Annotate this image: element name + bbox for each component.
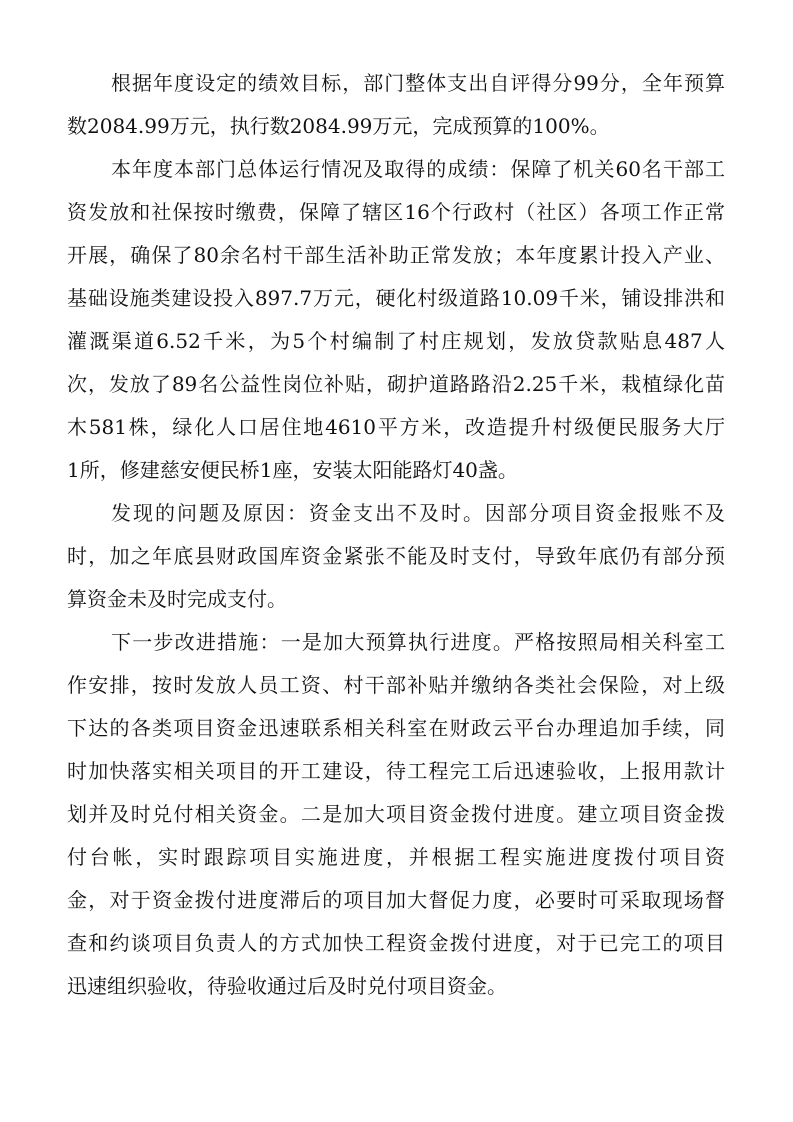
paragraph-performance-summary: 根据年度设定的绩效目标，部门整体支出自评得分99分，全年预算 数2084.99万… — [67, 62, 725, 148]
text-line: 基础设施类建设投入897.7万元，硬化村级道路10.09千米，铺设排洪和 — [67, 277, 725, 320]
text-line: 发现的问题及原因：资金支出不及时。因部分项目资金报账不及 — [67, 492, 725, 535]
text-line: 灌溉渠道6.52千米，为5个村编制了村庄规划，发放贷款贴息487人 — [67, 320, 725, 363]
paragraph-operations-achievements: 本年度本部门总体运行情况及取得的成绩：保障了机关60名干部工 资发放和社保按时缴… — [67, 148, 725, 492]
text-line: 资发放和社保按时缴费，保障了辖区16个行政村（社区）各项工作正常 — [67, 191, 725, 234]
text-line: 划并及时兑付相关资金。二是加大项目资金拨付进度。建立项目资金拨 — [67, 793, 725, 836]
text-line: 金，对于资金拨付进度滞后的项目加大督促力度，必要时可采取现场督 — [67, 879, 725, 922]
text-line: 算资金未及时完成支付。 — [67, 578, 725, 621]
text-line: 下一步改进措施：一是加大预算执行进度。严格按照局相关科室工 — [67, 621, 725, 664]
text-line: 根据年度设定的绩效目标，部门整体支出自评得分99分，全年预算 — [67, 62, 725, 105]
text-line: 付台帐，实时跟踪项目实施进度，并根据工程实施进度拨付项目资 — [67, 836, 725, 879]
text-line: 迅速组织验收，待验收通过后及时兑付项目资金。 — [67, 965, 725, 1008]
text-line: 数2084.99万元，执行数2084.99万元，完成预算的100%。 — [67, 105, 725, 148]
text-line: 1所，修建慈安便民桥1座，安装太阳能路灯40盏。 — [67, 449, 725, 492]
text-line: 木581株，绿化人口居住地4610平方米，改造提升村级便民服务大厅 — [67, 406, 725, 449]
text-line: 本年度本部门总体运行情况及取得的成绩：保障了机关60名干部工 — [67, 148, 725, 191]
document-page: 根据年度设定的绩效目标，部门整体支出自评得分99分，全年预算 数2084.99万… — [67, 62, 725, 1008]
paragraph-problems-causes: 发现的问题及原因：资金支出不及时。因部分项目资金报账不及 时，加之年底县财政国库… — [67, 492, 725, 621]
text-line: 时加快落实相关项目的开工建设，待工程完工后迅速验收，上报用款计 — [67, 750, 725, 793]
text-line: 次，发放了89名公益性岗位补贴，砌护道路路沿2.25千米，栽植绿化苗 — [67, 363, 725, 406]
text-line: 下达的各类项目资金迅速联系相关科室在财政云平台办理追加手续，同 — [67, 707, 725, 750]
text-line: 查和约谈项目负责人的方式加快工程资金拨付进度，对于已完工的项目 — [67, 922, 725, 965]
text-line: 开展，确保了80余名村干部生活补助正常发放；本年度累计投入产业、 — [67, 234, 725, 277]
text-line: 时，加之年底县财政国库资金紧张不能及时支付，导致年底仍有部分预 — [67, 535, 725, 578]
text-line: 作安排，按时发放人员工资、村干部补贴并缴纳各类社会保险，对上级 — [67, 664, 725, 707]
paragraph-improvement-measures: 下一步改进措施：一是加大预算执行进度。严格按照局相关科室工 作安排，按时发放人员… — [67, 621, 725, 1008]
